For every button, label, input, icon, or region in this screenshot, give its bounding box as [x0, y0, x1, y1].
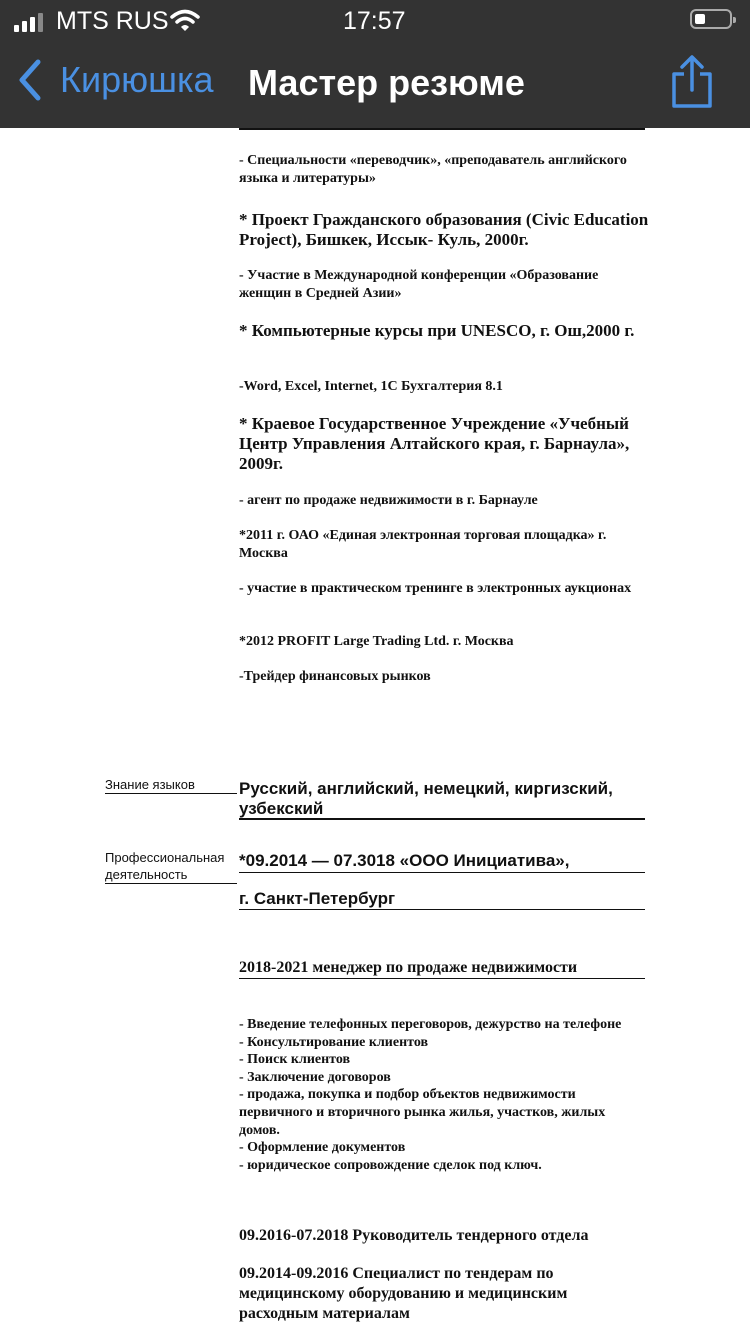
- wifi-icon: [170, 8, 200, 32]
- duty-item: - Консультирование клиентов: [239, 1034, 639, 1052]
- share-icon[interactable]: [668, 54, 716, 110]
- education-line: - агент по продаже недвижимости в г. Бар…: [239, 492, 649, 510]
- duties-list: - Введение телефонных переговоров, дежур…: [239, 1016, 639, 1174]
- languages-label: Знание языков: [105, 776, 237, 794]
- divider: [239, 978, 645, 979]
- divider: [239, 128, 645, 130]
- status-bar: MTS RUS 17:57: [0, 0, 750, 42]
- education-line: - участие в практическом тренинге в элек…: [239, 580, 649, 598]
- education-line: - Участие в Международной конференции «О…: [239, 267, 649, 303]
- back-label: Кирюшка: [60, 59, 214, 101]
- position-title: 09.2016-07.2018 Руководитель тендерного …: [239, 1226, 649, 1246]
- education-entry: *2012 PROFIT Large Trading Ltd. г. Москв…: [239, 633, 649, 651]
- divider: [239, 872, 645, 873]
- chevron-left-icon: [16, 58, 44, 102]
- battery-icon: [690, 9, 732, 29]
- duty-item: - Заключение договоров: [239, 1069, 639, 1087]
- education-entry: * Краевое Государственное Учреждение «Уч…: [239, 414, 649, 474]
- duty-item: - Введение телефонных переговоров, дежур…: [239, 1016, 639, 1034]
- carrier-name: MTS RUS: [56, 7, 169, 36]
- duty-item: - юридическое сопровождение сделок под к…: [239, 1157, 639, 1175]
- position-title: 09.2014-09.2016 Специалист по тендерам п…: [239, 1264, 639, 1324]
- duty-item: - Оформление документов: [239, 1139, 639, 1157]
- top-bar: MTS RUS 17:57 Кирюшка Мастер резюме: [0, 0, 750, 128]
- divider: [239, 818, 645, 820]
- education-entry: * Компьютерные курсы при UNESCO, г. Ош,2…: [239, 321, 649, 341]
- languages-value: Русский, английский, немецкий, киргизски…: [239, 779, 645, 819]
- company-city: г. Санкт-Петербург: [239, 889, 649, 909]
- back-button[interactable]: Кирюшка: [16, 58, 214, 102]
- duty-item: - Поиск клиентов: [239, 1051, 639, 1069]
- education-entry: *2011 г. ОАО «Единая электронная торгова…: [239, 527, 649, 563]
- company: *09.2014 — 07.3018 «ООО Инициатива»,: [239, 851, 649, 871]
- education-entry: * Проект Гражданского образования (Civic…: [239, 210, 649, 250]
- professional-label: Профессиональная деятельность: [105, 849, 237, 884]
- education-line: - Специальности «переводчик», «преподава…: [239, 152, 649, 188]
- education-line: -Трейдер финансовых рынков: [239, 668, 649, 686]
- resume-document: - Специальности «переводчик», «преподава…: [0, 0, 750, 1334]
- duty-item: - продажа, покупка и подбор объектов нед…: [239, 1086, 639, 1139]
- education-line: -Word, Excel, Internet, 1С Бухгалтерия 8…: [239, 378, 649, 396]
- divider: [239, 909, 645, 910]
- position-title: 2018-2021 менеджер по продаже недвижимос…: [239, 958, 649, 978]
- page-title: Мастер резюме: [248, 62, 525, 104]
- clock: 17:57: [343, 7, 406, 36]
- signal-icon: [14, 13, 43, 32]
